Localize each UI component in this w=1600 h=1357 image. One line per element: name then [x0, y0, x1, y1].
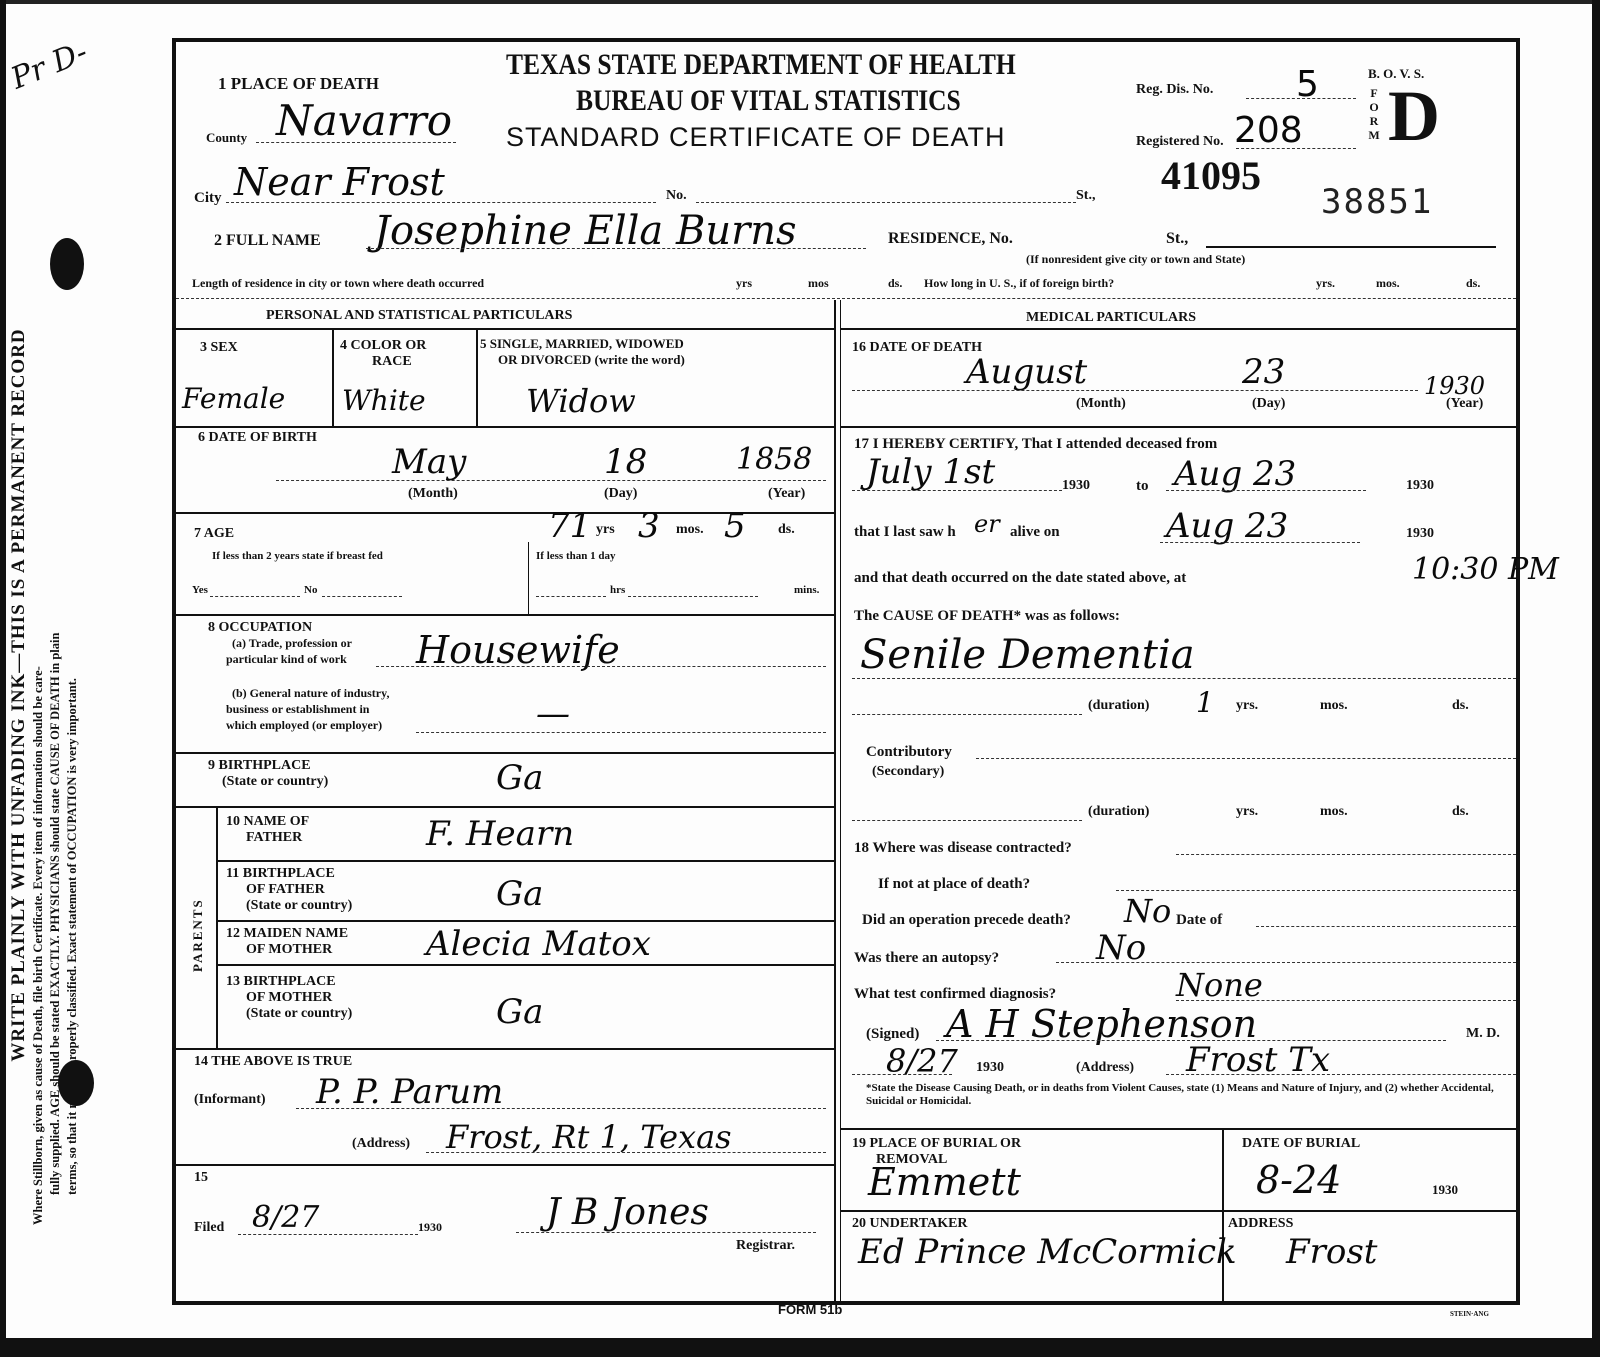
- registrar-signature: J B Jones: [546, 1192, 709, 1233]
- stamp-number: 38851: [1321, 182, 1433, 222]
- marital-label-2: OR DIVORCED (write the word): [498, 352, 685, 368]
- dob-year: 1858: [736, 442, 812, 477]
- undertaker-value: Ed Prince McCormick: [858, 1232, 1237, 1272]
- attended-from-line: [852, 490, 1062, 491]
- age-mos-caption: mos.: [676, 522, 704, 538]
- center-divider: [834, 300, 836, 1305]
- foreign-birth-label: How long in U. S., if of foreign birth?: [924, 276, 1114, 291]
- form-vertical-label: F O R M: [1368, 86, 1380, 142]
- burial-year: 1930: [1432, 1182, 1458, 1198]
- dob-line: [276, 480, 826, 481]
- last-saw-pronoun: er: [974, 510, 1000, 538]
- city-value: Near Frost: [234, 160, 445, 204]
- county-value: Navarro: [276, 96, 452, 145]
- attended-to: Aug 23: [1174, 454, 1296, 494]
- breast-fed-no: No: [304, 584, 317, 596]
- printer-mark: STEIN·ANG: [1450, 1310, 1489, 1318]
- operation-date-label: Date of: [1176, 912, 1222, 929]
- duration-1-ds-label: ds.: [1452, 698, 1469, 714]
- dob-month: May: [392, 442, 466, 482]
- race-label-1: 4 COLOR OR: [340, 338, 426, 354]
- dod-month-caption: (Month): [1076, 396, 1126, 412]
- residence-note: (If nonresident give city or town and St…: [1026, 252, 1245, 267]
- attended-to-year: 1930: [1406, 478, 1434, 494]
- ink-blot-bottom: [58, 1060, 94, 1106]
- occupation-b-value: —: [536, 694, 570, 734]
- death-occurred-text: and that death occurred on the date stat…: [854, 570, 1186, 587]
- mins-label: mins.: [794, 584, 819, 596]
- foreign-ds: ds.: [1466, 276, 1480, 291]
- dob-label: 6 DATE OF BIRTH: [198, 430, 317, 446]
- birthplace-sub: (State or country): [222, 774, 328, 790]
- informant-address-label: (Address): [352, 1136, 410, 1152]
- last-saw-text: that I last saw h: [854, 524, 956, 541]
- father-bp-label-3: (State or country): [246, 898, 352, 914]
- age-years-value: 71: [548, 506, 591, 546]
- parents-divider: [216, 806, 218, 1050]
- informant-address-line: [426, 1152, 826, 1153]
- marital-value: Widow: [526, 382, 636, 420]
- filed-label: Filed: [194, 1220, 224, 1236]
- mother-name-label-2: OF MOTHER: [246, 942, 332, 958]
- informant-value: P. P. Parum: [316, 1072, 503, 1112]
- mother-name-value: Alecia Matox: [426, 924, 651, 964]
- burial-date-value: 8-24: [1256, 1158, 1341, 1202]
- filed-year: 1930: [418, 1220, 442, 1235]
- residence-line: [1206, 246, 1496, 248]
- length-of-residence-label: Length of residence in city or town wher…: [192, 276, 484, 291]
- dod-label: 16 DATE OF DEATH: [852, 340, 982, 356]
- race-value: White: [342, 384, 426, 417]
- scan-border-left: [0, 0, 6, 1357]
- operation-date-line: [1256, 926, 1516, 927]
- dob-day: 18: [604, 442, 647, 482]
- street-st-label: St.,: [1076, 188, 1095, 204]
- residence-st-label: St.,: [1166, 230, 1188, 248]
- mother-bp-value: Ga: [496, 992, 543, 1032]
- parents-label: PARENTS: [190, 898, 206, 972]
- md-label: M. D.: [1466, 1026, 1500, 1042]
- medical-section-title: MEDICAL PARTICULARS: [1026, 310, 1196, 326]
- attended-to-label: to: [1136, 478, 1149, 495]
- test-confirmed-value: None: [1176, 966, 1263, 1004]
- side-line-1: Where Stillborn, given as cause of Death…: [30, 135, 47, 1255]
- filed-date: 8/27: [252, 1200, 319, 1235]
- mother-name-label-1: 12 MAIDEN NAME: [226, 926, 348, 942]
- certificate-number: 41095: [1161, 152, 1261, 199]
- registered-no-value: 208: [1234, 110, 1303, 151]
- undertaker-label: 20 UNDERTAKER: [852, 1216, 968, 1232]
- attended-to-line: [1166, 490, 1366, 491]
- test-confirmed-line: [1176, 1000, 1516, 1001]
- form-letter-d: D: [1388, 80, 1440, 152]
- scan-border-top: [0, 0, 1600, 4]
- informant-address-value: Frost, Rt 1, Texas: [446, 1118, 732, 1156]
- father-bp-value: Ga: [496, 874, 543, 914]
- cause-line: [852, 678, 1516, 679]
- signed-label: (Signed): [866, 1026, 919, 1043]
- county-label: County: [206, 130, 247, 146]
- personal-title-rule: [176, 328, 834, 330]
- breast-fed-label: If less than 2 years state if breast fed: [212, 550, 383, 562]
- foreign-yrs: yrs.: [1316, 276, 1335, 291]
- informant-label: (Informant): [194, 1092, 266, 1108]
- contributory-line: [976, 758, 1516, 759]
- row-rule-3: [176, 614, 834, 616]
- age-months-value: 3: [638, 506, 660, 546]
- cause-footnote: *State the Disease Causing Death, or in …: [866, 1082, 1506, 1108]
- operation-value: No: [1124, 892, 1171, 930]
- father-bp-label-1: 11 BIRTHPLACE: [226, 866, 335, 882]
- title-bureau: BUREAU OF VITAL STATISTICS: [576, 84, 961, 118]
- occupation-b-line3: which employed (or employer): [226, 718, 382, 733]
- street-line: [696, 202, 1076, 203]
- contributory-label: Contributory: [866, 744, 952, 761]
- autopsy-label: Was there an autopsy?: [854, 950, 999, 967]
- residence-yrs: yrs: [736, 276, 752, 291]
- test-confirmed-label: What test confirmed diagnosis?: [854, 986, 1056, 1003]
- occupation-a-line: [376, 666, 826, 667]
- marital-label-1: 5 SINGLE, MARRIED, WIDOWED: [480, 336, 684, 352]
- father-name-label-1: 10 NAME OF: [226, 814, 309, 830]
- row-rule-7: [216, 920, 834, 922]
- hrs-line: [536, 596, 606, 597]
- sex-label: 3 SEX: [200, 340, 238, 356]
- father-bp-label-2: OF FATHER: [246, 882, 325, 898]
- row-rule-8: [216, 964, 834, 966]
- row-rule-9: [176, 1048, 834, 1050]
- mother-bp-label-1: 13 BIRTHPLACE: [226, 974, 336, 990]
- duration-1-yrs-label: yrs.: [1236, 698, 1258, 714]
- burial-place-value: Emmett: [868, 1160, 1021, 1204]
- disease-contracted-label: 18 Where was disease contracted?: [854, 840, 1072, 857]
- breast-fed-no-line: [322, 596, 402, 597]
- age-label: 7 AGE: [194, 526, 234, 542]
- occupation-b-line2: business or establishment in: [226, 702, 369, 717]
- undertaker-address-label: ADDRESS: [1228, 1216, 1293, 1232]
- registrar-line: [516, 1232, 816, 1233]
- not-at-place-line: [1116, 890, 1516, 891]
- filed-number: 15: [194, 1170, 208, 1186]
- street-no-label: No.: [666, 188, 687, 204]
- registered-no-label: Registered No.: [1136, 134, 1224, 150]
- last-saw-date: Aug 23: [1166, 506, 1288, 546]
- title-department: TEXAS STATE DEPARTMENT OF HEALTH: [506, 48, 1016, 82]
- side-headline: WRITE PLAINLY WITH UNFADING INK—THIS IS …: [8, 135, 30, 1255]
- breast-fed-yes: Yes: [192, 584, 208, 596]
- operation-label: Did an operation precede death?: [862, 912, 1071, 929]
- residence-ds: ds.: [888, 276, 902, 291]
- duration-2-line: [852, 820, 1082, 821]
- sex-value: Female: [182, 382, 285, 415]
- age-subdivider: [528, 542, 529, 614]
- ink-blot-top: [50, 238, 84, 290]
- registrar-label: Registrar.: [736, 1238, 795, 1254]
- age-days-value: 5: [724, 506, 746, 546]
- registered-no-line: [1236, 148, 1356, 149]
- row-rule-6: [216, 860, 834, 862]
- mins-line: [628, 596, 758, 597]
- signed-year: 1930: [976, 1060, 1004, 1076]
- race-label-2: RACE: [372, 354, 412, 370]
- age-yrs-caption: yrs: [596, 522, 615, 538]
- occupation-label: 8 OCCUPATION: [208, 620, 312, 636]
- mother-bp-label-2: OF MOTHER: [246, 990, 332, 1006]
- birthplace-value: Ga: [496, 758, 543, 798]
- certificate-form: 1 PLACE OF DEATH County Navarro City Nea…: [172, 38, 1520, 1305]
- duration-1-mos-label: mos.: [1320, 698, 1348, 714]
- autopsy-line: [1056, 962, 1516, 963]
- foreign-mos: mos.: [1376, 276, 1400, 291]
- birthplace-label: 9 BIRTHPLACE: [208, 758, 311, 774]
- disease-contracted-line: [1176, 854, 1516, 855]
- occupation-a-line2: particular kind of work: [226, 652, 347, 667]
- city-label: City: [194, 190, 222, 207]
- scan-border-bottom: [0, 1338, 1600, 1357]
- dod-line: [852, 390, 1418, 391]
- scan-border-right: [1592, 0, 1600, 1357]
- title-standard-certificate: STANDARD CERTIFICATE OF DEATH: [506, 122, 1006, 153]
- form-number: FORM 51b: [778, 1302, 842, 1317]
- city-line: [226, 202, 656, 203]
- row-rule-1: [176, 426, 834, 428]
- burial-divider: [1222, 1128, 1224, 1305]
- row-rule-4: [176, 752, 834, 754]
- dob-month-caption: (Month): [408, 486, 458, 502]
- county-line: [256, 142, 456, 143]
- race-marital-divider: [476, 328, 478, 426]
- duration-2-ds-label: ds.: [1452, 804, 1469, 820]
- full-name-line: [366, 248, 866, 249]
- residence-label: RESIDENCE, No.: [888, 230, 1013, 248]
- signed-date-line: [852, 1074, 952, 1075]
- last-saw-line: [1160, 542, 1360, 543]
- center-divider-inner: [840, 300, 841, 1305]
- breast-fed-yes-line: [210, 596, 300, 597]
- burial-place-label-1: 19 PLACE OF BURIAL OR: [852, 1136, 1021, 1152]
- less-than-day-label: If less than 1 day: [536, 550, 615, 562]
- cause-of-death-label: The CAUSE OF DEATH* was as follows:: [854, 608, 1120, 625]
- burial-date-label: DATE OF BURIAL: [1242, 1136, 1360, 1152]
- duration-1-label: (duration): [1088, 698, 1149, 714]
- physician-address-label: (Address): [1076, 1060, 1134, 1076]
- dod-rule: [840, 426, 1520, 428]
- cause-of-death-value: Senile Dementia: [860, 632, 1195, 678]
- place-of-death-label: 1 PLACE OF DEATH: [218, 74, 379, 94]
- reg-dis-label: Reg. Dis. No.: [1136, 82, 1213, 98]
- hrs-label: hrs: [610, 584, 625, 596]
- death-time: 10:30 PM: [1412, 552, 1559, 587]
- father-name-value: F. Hearn: [426, 814, 574, 854]
- secondary-label: (Secondary): [872, 764, 944, 780]
- dob-year-caption: (Year): [768, 486, 805, 502]
- physician-address-line: [1166, 1074, 1516, 1075]
- personal-section-title: PERSONAL AND STATISTICAL PARTICULARS: [266, 308, 572, 324]
- row-rule-10: [176, 1164, 834, 1166]
- alive-on-label: alive on: [1010, 524, 1060, 541]
- dod-year-caption: (Year): [1446, 396, 1483, 412]
- age-ds-caption: ds.: [778, 522, 795, 538]
- dod-month: August: [966, 352, 1087, 392]
- row-rule-5: [176, 806, 834, 808]
- dob-day-caption: (Day): [604, 486, 637, 502]
- dod-day-caption: (Day): [1252, 396, 1285, 412]
- informant-line: [296, 1108, 826, 1109]
- occupation-b-line: [416, 732, 826, 733]
- reg-dis-line: [1246, 98, 1356, 99]
- dod-day: 23: [1242, 352, 1285, 392]
- occupation-b-line1: (b) General nature of industry,: [232, 686, 389, 701]
- not-at-place-label: If not at place of death?: [878, 876, 1030, 893]
- attended-from: July 1st: [866, 452, 995, 492]
- sex-race-divider: [332, 328, 334, 426]
- undertaker-address-value: Frost: [1286, 1232, 1377, 1272]
- margin-handwritten-note: Pr D-: [6, 35, 92, 97]
- attended-from-year: 1930: [1062, 478, 1090, 494]
- duration-2-yrs-label: yrs.: [1236, 804, 1258, 820]
- informant-title: 14 THE ABOVE IS TRUE: [194, 1054, 352, 1070]
- duration-1-yrs: 1: [1196, 686, 1214, 719]
- certify-text: 17 I HEREBY CERTIFY, That I attended dec…: [854, 436, 1217, 453]
- undertaker-rule: [840, 1210, 1520, 1212]
- filed-line: [238, 1234, 418, 1235]
- duration-2-mos-label: mos.: [1320, 804, 1348, 820]
- duration-2-label: (duration): [1088, 804, 1149, 820]
- full-name-label: 2 FULL NAME: [214, 232, 321, 250]
- medical-title-rule: [840, 328, 1520, 330]
- death-certificate-page: Pr D- WRITE PLAINLY WITH UNFADING INK—TH…: [0, 0, 1600, 1357]
- header-separator: [176, 298, 1516, 299]
- duration-1-line: [852, 714, 1082, 715]
- last-saw-year: 1930: [1406, 526, 1434, 542]
- burial-rule: [840, 1128, 1520, 1130]
- mother-bp-label-3: (State or country): [246, 1006, 352, 1022]
- father-name-label-2: FATHER: [246, 830, 302, 846]
- residence-mos: mos: [808, 276, 829, 291]
- occupation-a-line1: (a) Trade, profession or: [232, 636, 352, 651]
